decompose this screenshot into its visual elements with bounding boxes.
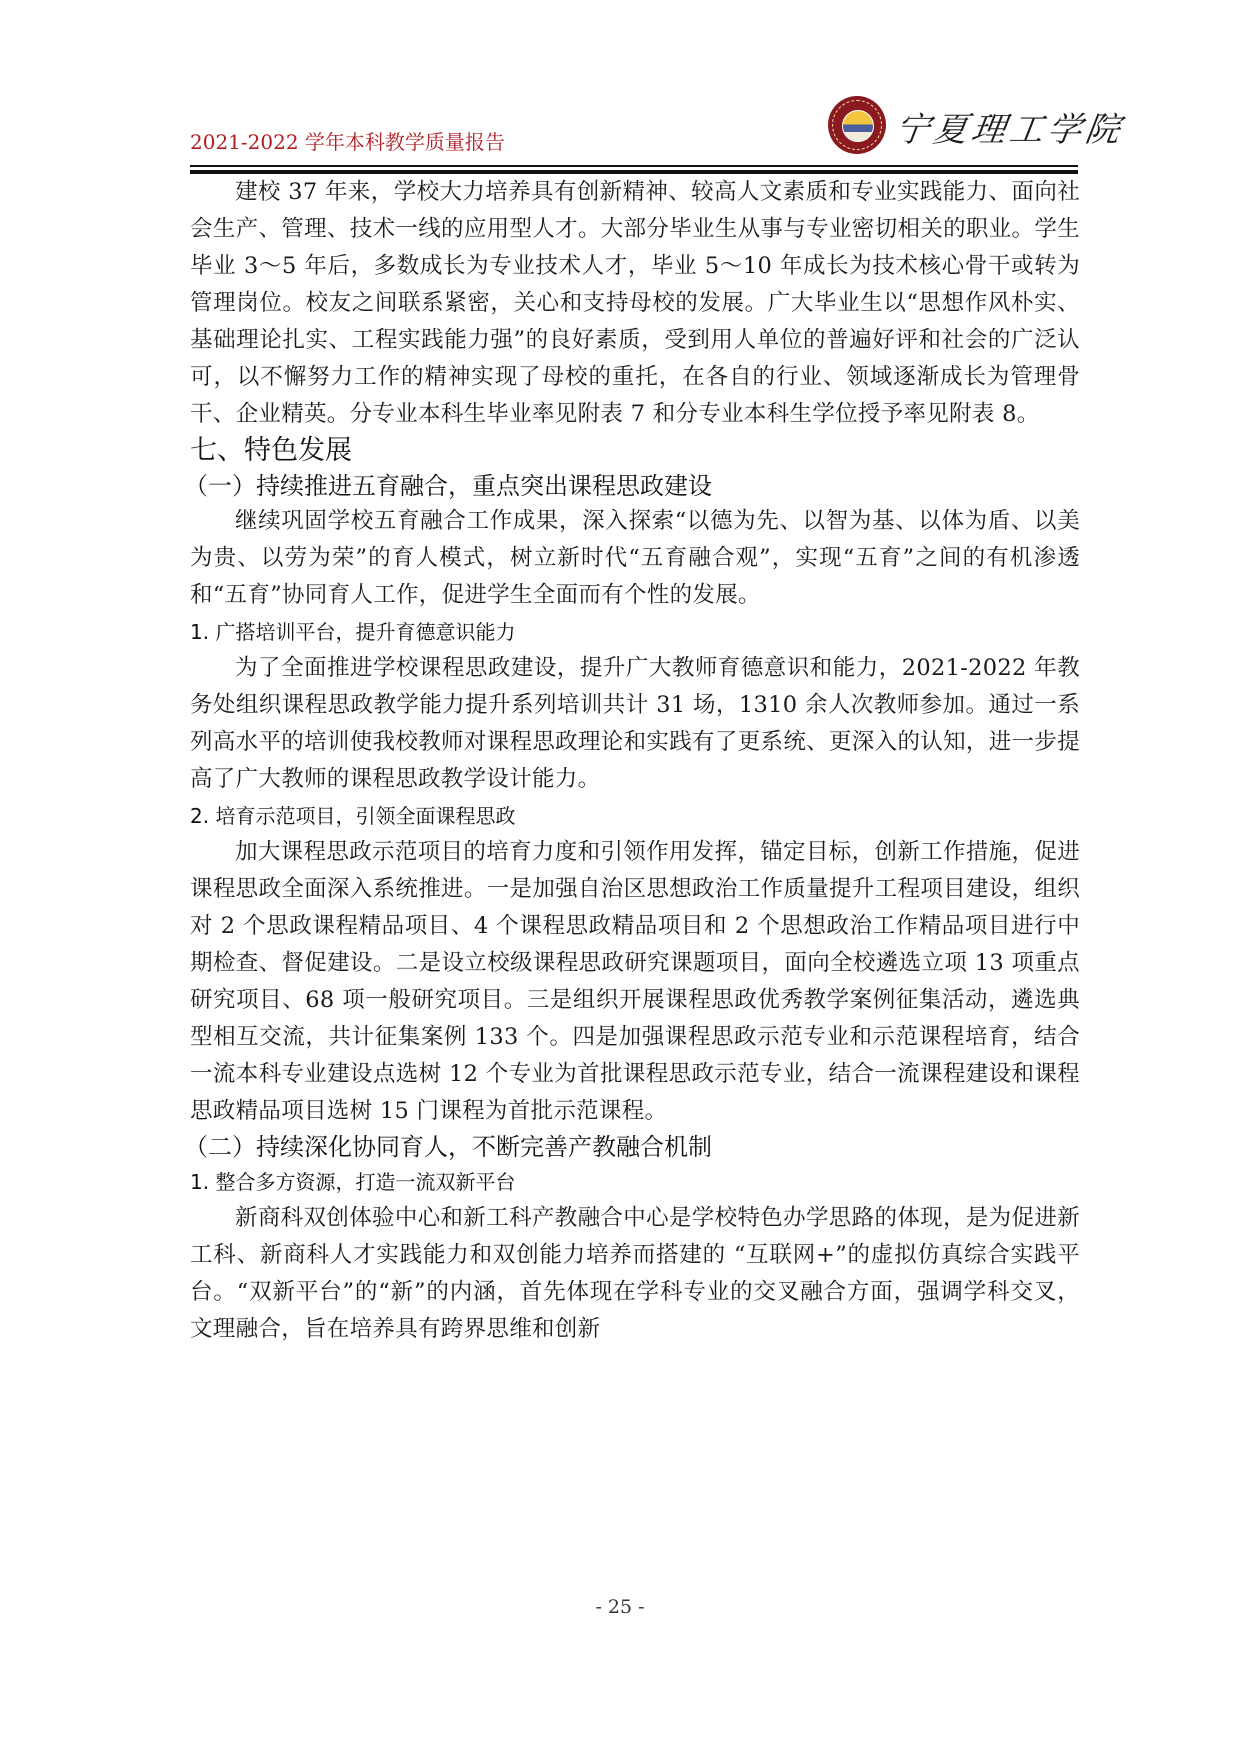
- paragraph-training: 为了全面推进学校课程思政建设，提升广大教师育德意识和能力，2021-2022 年…: [190, 650, 1080, 798]
- school-name-calligraphy: 宁夏理工学院: [893, 102, 1128, 151]
- item-title-training: 1. 广搭培训平台，提升育德意识能力: [190, 614, 1080, 650]
- report-title: 2021-2022 学年本科教学质量报告: [190, 126, 505, 155]
- item-title-platform: 1. 整合多方资源，打造一流双新平台: [190, 1164, 1080, 1200]
- page-number: - 25 -: [0, 1596, 1240, 1618]
- header-rule-thin: [190, 165, 1078, 167]
- paragraph-graduates: 建校 37 年来，学校大力培养具有创新精神、较高人文素质和专业实践能力、面向社会…: [190, 174, 1080, 433]
- subsection-title-five-education: （一）持续推进五育融合，重点突出课程思政建设: [184, 469, 1080, 503]
- paragraph-platform: 新商科双创体验中心和新工科产教融合中心是学校特色办学思路的体现，是为促进新工科、…: [190, 1200, 1080, 1348]
- paragraph-demo-projects: 加大课程思政示范项目的培育力度和引领作用发挥，锚定目标，创新工作措施，促进课程思…: [190, 834, 1080, 1130]
- item-title-demo-projects: 2. 培育示范项目，引领全面课程思政: [190, 798, 1080, 834]
- page-header: 2021-2022 学年本科教学质量报告 宁夏理工学院: [190, 92, 1078, 162]
- page-content: 建校 37 年来，学校大力培养具有创新精神、较高人文素质和专业实践能力、面向社会…: [190, 174, 1080, 1348]
- seal-emblem: [842, 110, 874, 142]
- school-seal-icon: [828, 96, 886, 154]
- paragraph-five-education: 继续巩固学校五育融合工作成果，深入探索“以德为先、以智为基、以体为盾、以美为贵、…: [190, 503, 1080, 614]
- school-logo: 宁夏理工学院: [828, 92, 1078, 156]
- section-title-features: 七、特色发展: [190, 433, 1080, 469]
- subsection-title-collaborative: （二）持续深化协同育人，不断完善产教融合机制: [184, 1130, 1080, 1164]
